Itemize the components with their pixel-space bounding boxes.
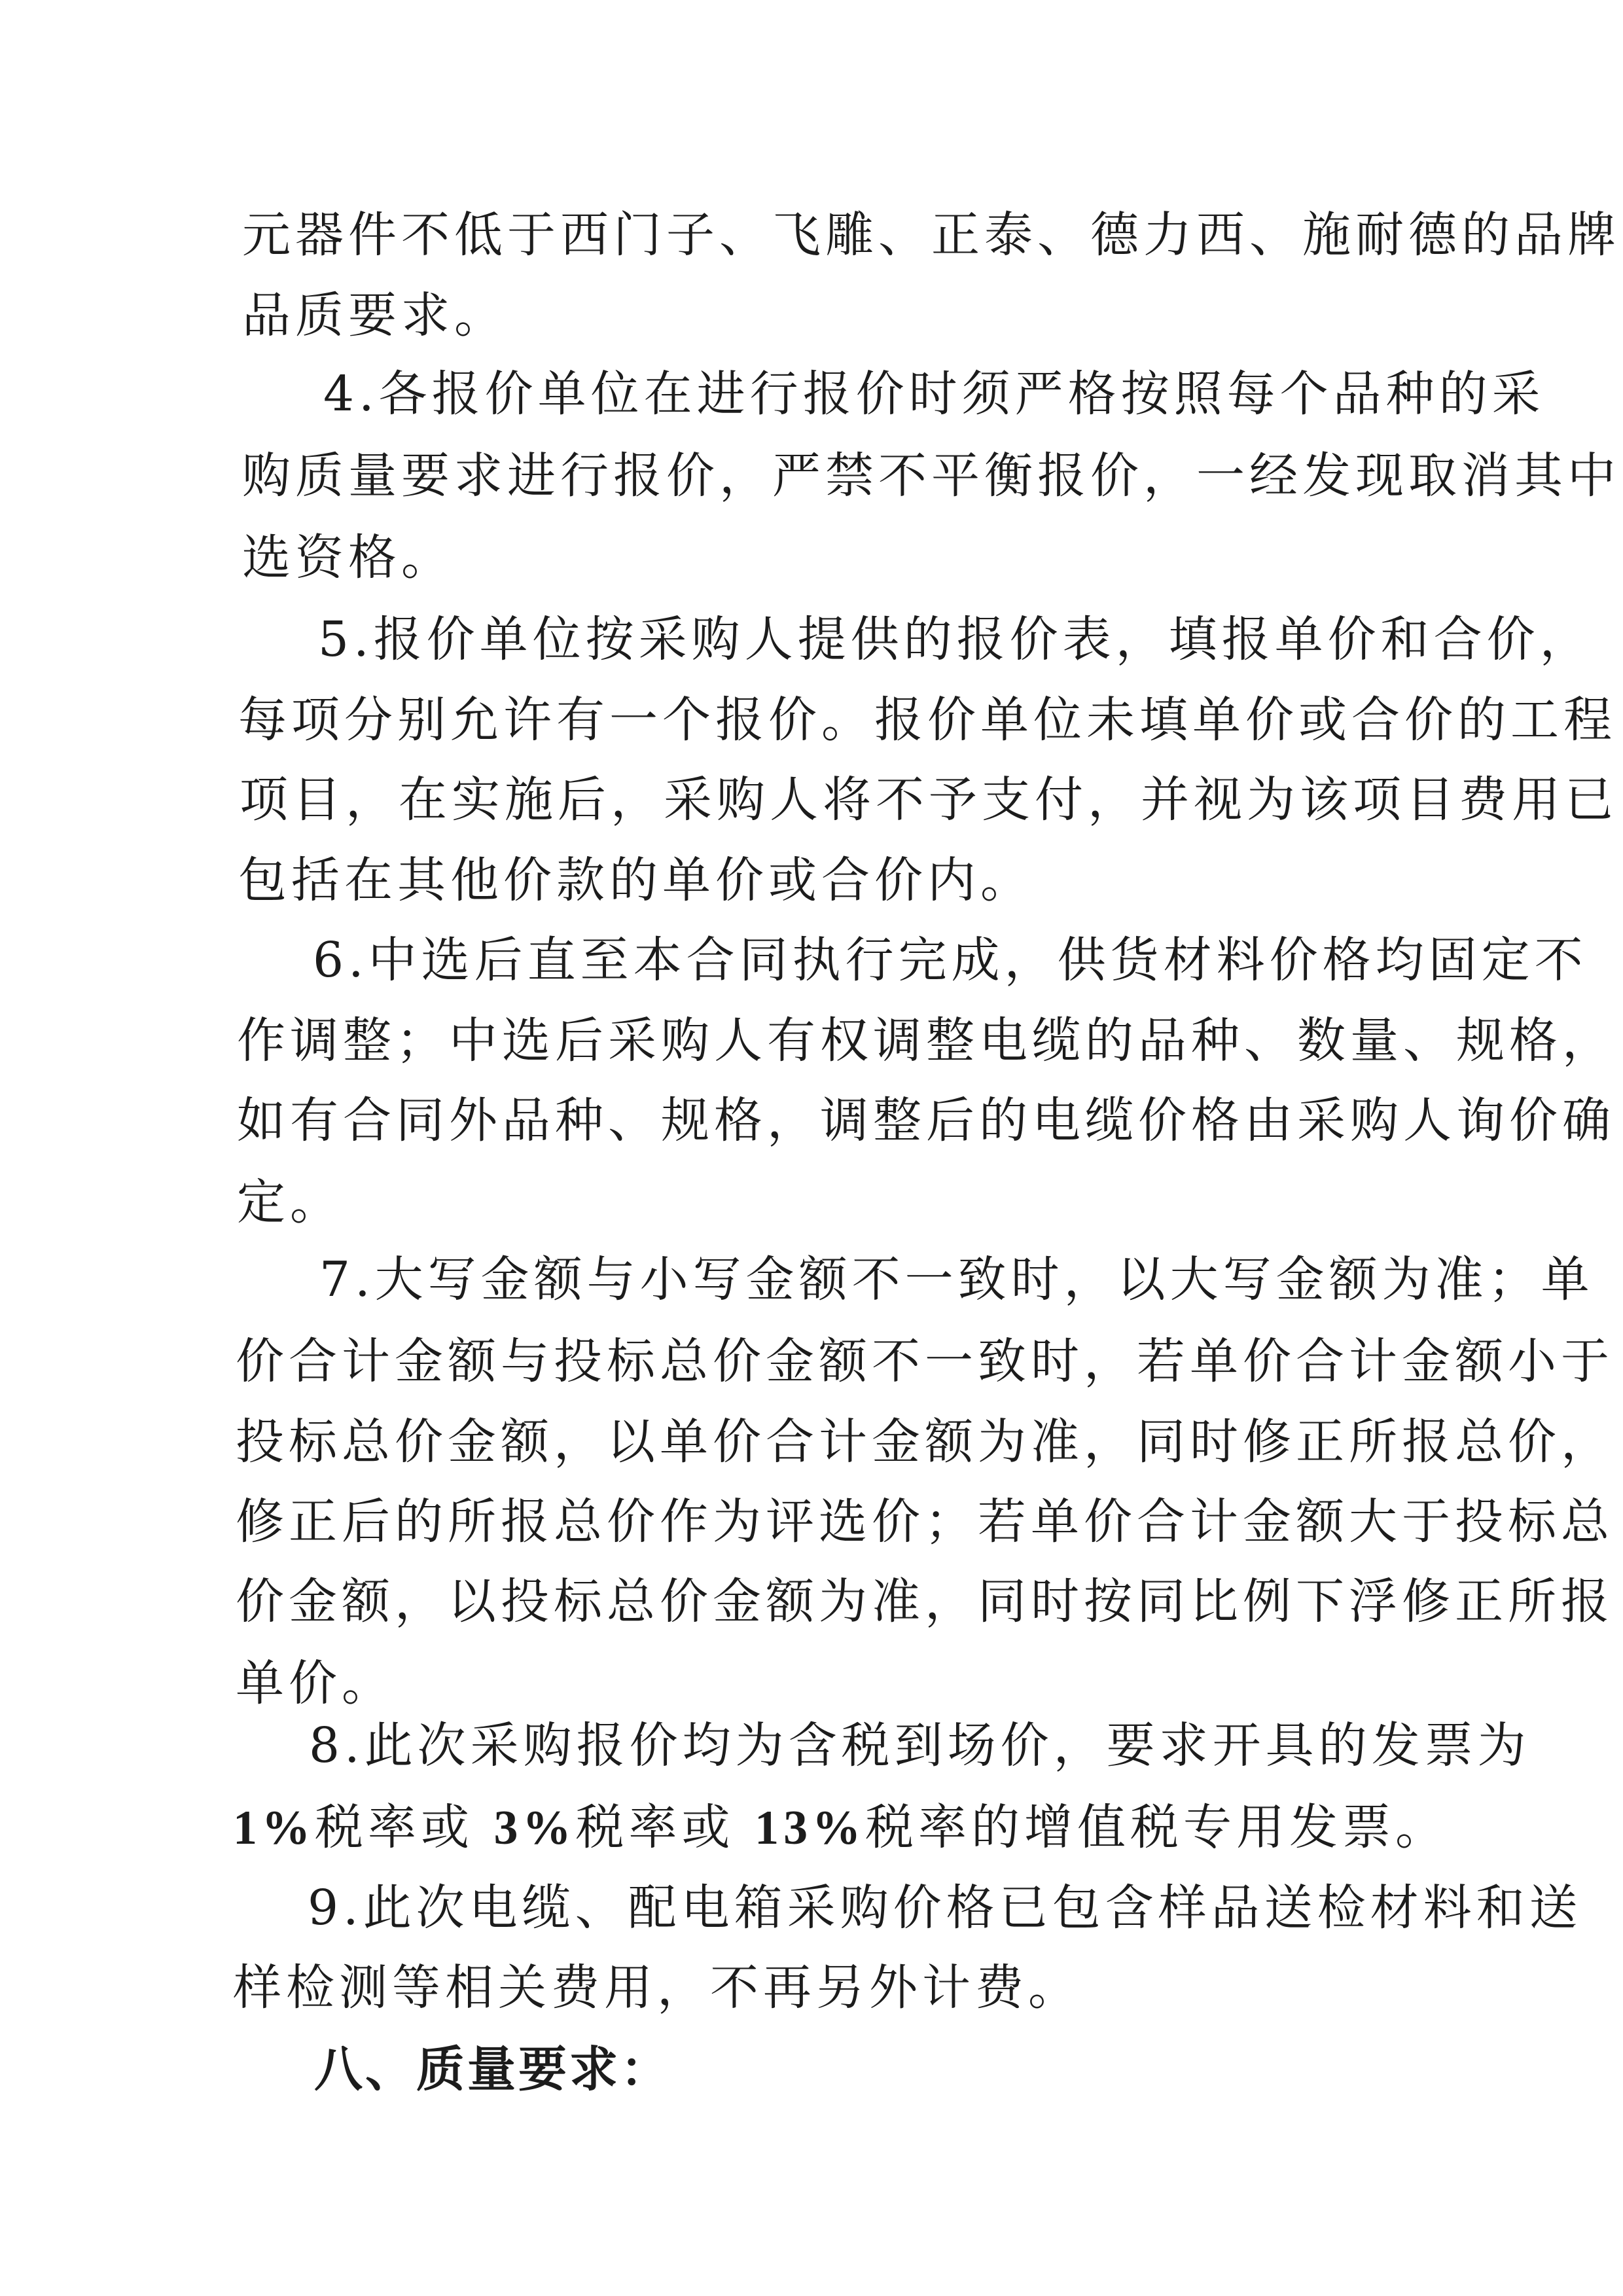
item-7-line-2: 价合计金额与投标总价金额不一致时，若单价合计金额小于 [236, 1337, 1614, 1386]
item-6-line-3: 如有合同外品种、规格，调整后的电缆价格由采购人询价确 [237, 1096, 1615, 1145]
item-7-line-4: 修正后的所报总价作为评选价；若单价合计金额大于投标总 [236, 1498, 1614, 1546]
item-6-line-2: 作调整；中选后采购人有权调整电缆的品种、数量、规格， [237, 1016, 1615, 1065]
section-heading-quality-requirements: 八、质量要求： [314, 2045, 671, 2094]
item-8-line-2: 1%税率或 3%税率或 13%税率的增值税专用发票。 [233, 1803, 1448, 1852]
item-9-line-2: 样检测等相关费用，不再另外计费。 [233, 1964, 1081, 2012]
item-4-line-1: 4.各报价单位在进行报价时须严格按照每个品种的采 [323, 370, 1545, 418]
item-5-line-3: 项目，在实施后，采购人将不予支付，并视为该项目费用已 [240, 776, 1618, 824]
item-6-line-4: 定。 [237, 1178, 343, 1227]
tax-rate-3: 13% [755, 1801, 865, 1855]
item-7-line-5: 价金额，以投标总价金额为准，同时按同比例下浮修正所报 [236, 1577, 1614, 1626]
tax-text-1: 税率或 [315, 1799, 494, 1856]
continuation-line-1: 元器件不低于西门子、飞雕、正泰、德力西、施耐德的品牌 [242, 211, 1620, 259]
item-9-line-1: 9.此次电缆、配电箱采购价格已包含样品送检材料和送 [308, 1884, 1582, 1932]
item-5-line-4: 包括在其他价款的单价或合价内。 [238, 856, 1033, 905]
item-7-line-6: 单价。 [236, 1659, 395, 1708]
item-7-line-1: 7.大写金额与小写金额不一致时，以大写金额为准；单 [319, 1255, 1594, 1304]
item-6-line-1: 6.中选后直至本合同执行完成，供货材料价格均固定不 [313, 936, 1588, 984]
continuation-line-2: 品质要求。 [242, 291, 507, 340]
item-4-line-2: 购质量要求进行报价，严禁不平衡报价，一经发现取消其中 [242, 452, 1620, 500]
item-7-line-3: 投标总价金额，以单价合计金额为准，同时修正所报总价， [236, 1418, 1614, 1466]
item-5-line-1: 5.报价单位按采购人提供的报价表，填报单价和合价， [318, 615, 1593, 664]
tax-text-3: 税率的增值税专用发票。 [865, 1799, 1448, 1856]
item-4-line-3: 选资格。 [242, 533, 454, 582]
tax-text-2: 税率或 [576, 1799, 755, 1856]
tax-rate-2: 3% [494, 1801, 576, 1855]
tax-rate-1: 1% [233, 1801, 315, 1855]
item-8-line-1: 8.此次采购报价均为含税到场价，要求开具的发票为 [309, 1721, 1531, 1770]
document-page: 元器件不低于西门子、飞雕、正泰、德力西、施耐德的品牌 品质要求。 4.各报价单位… [0, 0, 1623, 2296]
item-5-line-2: 每项分别允许有一个报价。报价单位未填单价或合价的工程 [238, 696, 1616, 744]
